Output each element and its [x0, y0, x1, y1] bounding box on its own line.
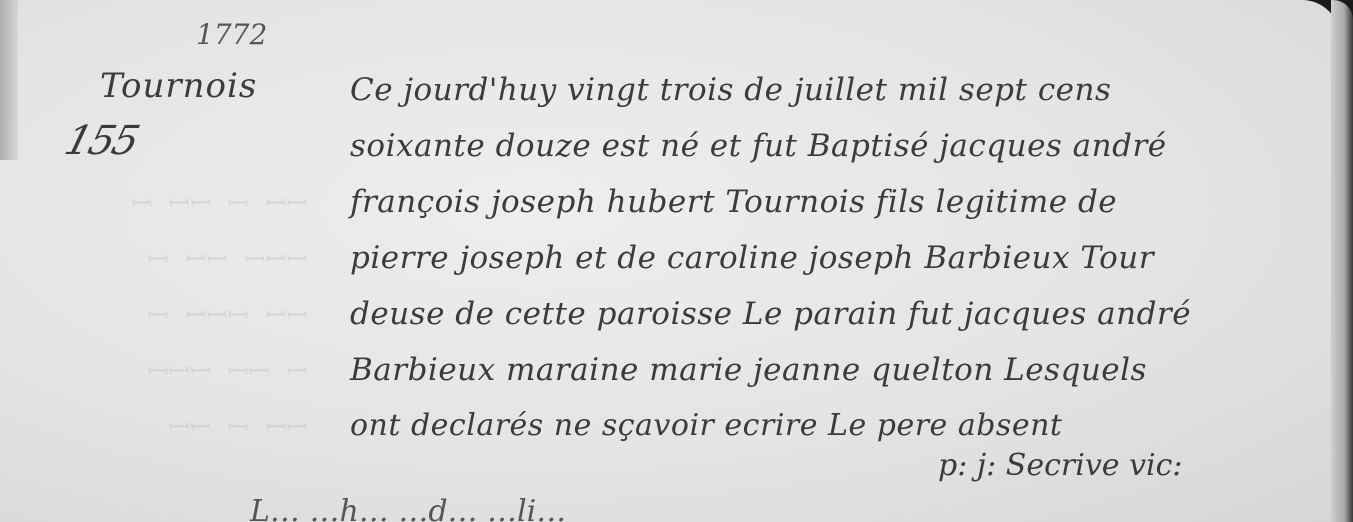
next-entry-fragment: L… …h… …d… …li… [250, 494, 566, 522]
margin-record-number: 155 [60, 118, 143, 164]
vicar-signature: p: j: Secrive vic: [938, 448, 1183, 483]
entry-line: ont declarés ne sçavoir ecrire Le pere a… [350, 398, 1310, 454]
entry-line: Barbieux maraine marie jeanne quelton Le… [350, 342, 1310, 398]
margin-surname: Tournois [100, 66, 257, 106]
entry-line: Ce jourd'huy vingt trois de juillet mil … [350, 62, 1310, 118]
entry-line: françois joseph hubert Tournois fils leg… [350, 174, 1310, 230]
entry-line: pierre joseph et de caroline joseph Barb… [350, 230, 1310, 286]
show-through-text: ꟷꟷ ꟷ ꟷꟷ ꟷ ꟷꟷꟷ ꟷꟷ ꟷ ꟷꟷ ꟷꟷꟷ ꟷ ꟷ ꟷꟷ ꟷꟷꟷ ꟷꟷ … [10, 120, 310, 456]
register-page: ꟷꟷ ꟷ ꟷꟷ ꟷ ꟷꟷꟷ ꟷꟷ ꟷ ꟷꟷ ꟷꟷꟷ ꟷ ꟷ ꟷꟷ ꟷꟷꟷ ꟷꟷ … [0, 0, 1340, 522]
margin-year: 1772 [196, 18, 267, 51]
page-edge [1331, 0, 1353, 522]
baptism-entry: Ce jourd'huy vingt trois de juillet mil … [350, 62, 1310, 454]
entry-line: deuse de cette paroisse Le parain fut ja… [350, 286, 1310, 342]
entry-line: soixante douze est né et fut Baptisé jac… [350, 118, 1310, 174]
